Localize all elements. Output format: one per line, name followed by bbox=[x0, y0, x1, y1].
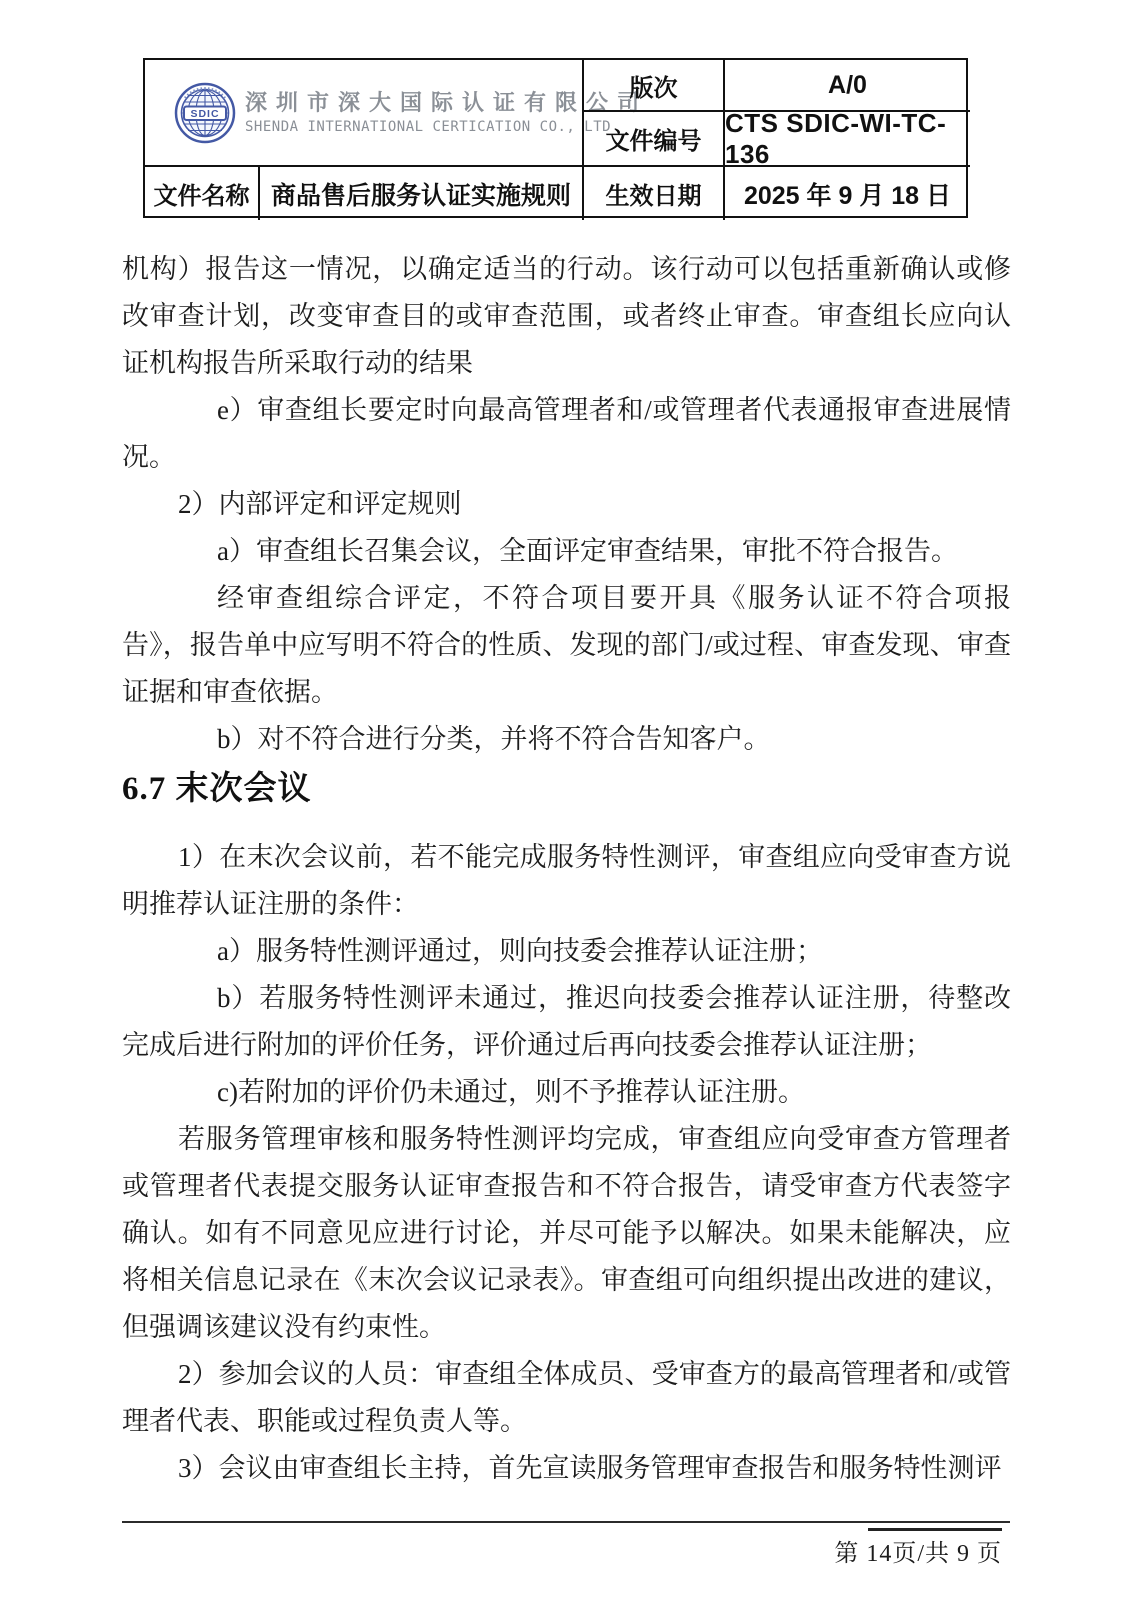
footer-pagenum-divider bbox=[868, 1528, 1002, 1531]
effective-date-label: 生效日期 bbox=[584, 167, 725, 220]
document-body: 机构）报告这一情况，以确定适当的行动。该行动可以包括重新确认或修改审查计划，改变… bbox=[122, 246, 1011, 1492]
header-table: SDIC 深圳市深大国际认证有限公司 SHENDA INTERNATIONAL … bbox=[143, 58, 968, 218]
paragraph: b）对不符合进行分类，并将不符合告知客户。 bbox=[122, 716, 1011, 763]
paragraph: 2）参加会议的人员：审查组全体成员、受审查方的最高管理者和/或管理者代表、职能或… bbox=[122, 1351, 1011, 1445]
footer-divider bbox=[122, 1521, 1010, 1523]
paragraph: a）审查组长召集会议，全面评定审查结果，审批不符合报告。 bbox=[122, 528, 1011, 575]
doc-number-value: CTS SDIC-WI-TC-136 bbox=[725, 112, 970, 167]
version-label: 版次 bbox=[584, 60, 725, 112]
paragraph: 若服务管理审核和服务特性测评均完成，审查组应向受审查方管理者或管理者代表提交服务… bbox=[122, 1116, 1011, 1351]
logo-banner-text: SDIC bbox=[190, 108, 219, 120]
paragraph: 3）会议由审查组长主持，首先宣读服务管理审查报告和服务特性测评 bbox=[122, 1445, 1011, 1492]
paragraph: c)若附加的评价仍未通过，则不予推荐认证注册。 bbox=[122, 1069, 1011, 1116]
document-page: SDIC 深圳市深大国际认证有限公司 SHENDA INTERNATIONAL … bbox=[0, 0, 1131, 1600]
company-logo globe-emblem-icon: SDIC bbox=[173, 76, 237, 150]
paragraph: a）服务特性测评通过，则向技委会推荐认证注册； bbox=[122, 928, 1011, 975]
page-number: 第 14页/共 9 页 bbox=[700, 1533, 1002, 1568]
paragraph: e）审查组长要定时向最高管理者和/或管理者代表通报审查进展情况。 bbox=[122, 387, 1011, 481]
paragraph: 1）在末次会议前，若不能完成服务特性测评，审查组应向受审查方说明推荐认证注册的条… bbox=[122, 834, 1011, 928]
doc-number-label: 文件编号 bbox=[584, 112, 725, 167]
effective-date-value: 2025 年 9 月 18 日 bbox=[725, 167, 970, 220]
paragraph: 机构）报告这一情况，以确定适当的行动。该行动可以包括重新确认或修改审查计划，改变… bbox=[122, 246, 1011, 387]
paragraph: 经审查组综合评定，不符合项目要开具《服务认证不符合项报告》，报告单中应写明不符合… bbox=[122, 575, 1011, 716]
doc-name-value: 商品售后服务认证实施规则 bbox=[260, 167, 584, 220]
company-header-cell: SDIC 深圳市深大国际认证有限公司 SHENDA INTERNATIONAL … bbox=[145, 60, 584, 167]
section-heading: 6.7 末次会议 bbox=[122, 767, 1011, 811]
paragraph: b）若服务特性测评未通过，推迟向技委会推荐认证注册，待整改完成后进行附加的评价任… bbox=[122, 975, 1011, 1069]
doc-name-label: 文件名称 bbox=[145, 167, 260, 220]
version-value: A/0 bbox=[725, 60, 970, 112]
paragraph: 2）内部评定和评定规则 bbox=[122, 481, 1011, 528]
